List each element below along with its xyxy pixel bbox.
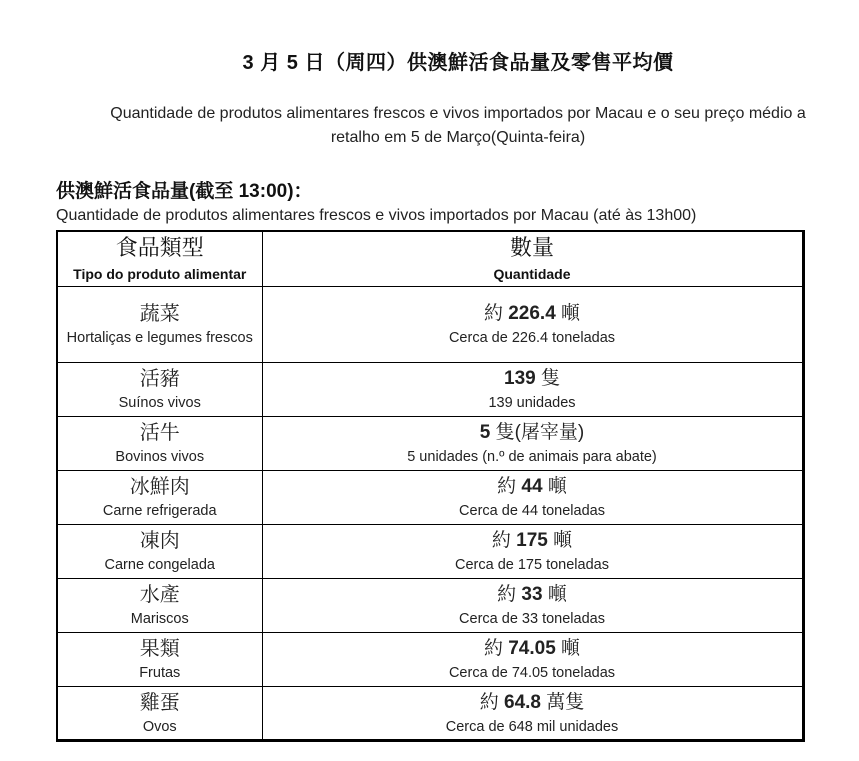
- quantity-zh: 139 隻: [265, 365, 800, 393]
- qty-unit: 噸: [548, 530, 572, 551]
- quantity-pt: Cerca de 44 toneladas: [265, 501, 800, 521]
- category-zh: 活牛: [60, 419, 260, 447]
- quantity-cell: 約 64.8 萬隻 Cerca de 648 mil unidades: [262, 686, 803, 740]
- section-heading: 供澳鮮活食品量(截至 13:00)：: [56, 176, 313, 203]
- qty-unit: 噸: [543, 584, 567, 605]
- quantity-cell: 約 226.4 噸 Cerca de 226.4 toneladas: [262, 286, 803, 362]
- table-row: 水產 Mariscos 約 33 噸 Cerca de 33 toneladas: [57, 578, 803, 632]
- quantity-zh: 約 44 噸: [265, 473, 800, 501]
- category-cell: 水產 Mariscos: [57, 578, 262, 632]
- qty-prefix: 約: [484, 303, 508, 324]
- qty-unit: 隻(屠宰量): [490, 422, 584, 443]
- table-row: 冰鮮肉 Carne refrigerada 約 44 噸 Cerca de 44…: [57, 470, 803, 524]
- header-quantity: 數量 Quantidade: [262, 231, 803, 286]
- quantity-cell: 約 175 噸 Cerca de 175 toneladas: [262, 524, 803, 578]
- qty-value: 139: [504, 368, 536, 389]
- category-cell: 活豬 Suínos vivos: [57, 362, 262, 416]
- document-subtitle: Quantidade de produtos alimentares fresc…: [100, 102, 816, 150]
- qty-unit: 噸: [543, 476, 567, 497]
- qty-prefix: 約: [492, 530, 516, 551]
- category-pt: Ovos: [60, 717, 260, 737]
- table-row: 果類 Frutas 約 74.05 噸 Cerca de 74.05 tonel…: [57, 632, 803, 686]
- category-pt: Mariscos: [60, 609, 260, 629]
- quantity-pt: 5 unidades (n.º de animais para abate): [265, 447, 800, 467]
- category-zh: 果類: [60, 635, 260, 663]
- qty-prefix: 約: [480, 692, 504, 713]
- category-pt: Suínos vivos: [60, 393, 260, 413]
- qty-value: 226.4: [508, 303, 556, 324]
- table-row: 凍肉 Carne congelada 約 175 噸 Cerca de 175 …: [57, 524, 803, 578]
- category-cell: 蔬菜 Hortaliças e legumes frescos: [57, 286, 262, 362]
- header-quantity-pt: Quantidade: [265, 263, 800, 285]
- category-pt: Frutas: [60, 663, 260, 683]
- qty-value: 175: [516, 530, 548, 551]
- quantity-zh: 約 74.05 噸: [265, 635, 800, 663]
- qty-value: 44: [521, 476, 542, 497]
- category-zh: 雞蛋: [60, 689, 260, 717]
- quantity-zh: 約 226.4 噸: [265, 300, 800, 328]
- quantity-pt: Cerca de 74.05 toneladas: [265, 663, 800, 683]
- qty-value: 5: [480, 422, 491, 443]
- quantity-zh: 約 175 噸: [265, 527, 800, 555]
- quantity-cell: 5 隻(屠宰量) 5 unidades (n.º de animais para…: [262, 416, 803, 470]
- qty-value: 33: [521, 584, 542, 605]
- document-title: 3 月 5 日（周四）供澳鮮活食品量及零售平均價: [0, 46, 859, 75]
- category-cell: 雞蛋 Ovos: [57, 686, 262, 740]
- food-quantity-table: 食品類型 Tipo do produto alimentar 數量 Quanti…: [56, 230, 805, 742]
- category-pt: Carne refrigerada: [60, 501, 260, 521]
- category-cell: 活牛 Bovinos vivos: [57, 416, 262, 470]
- quantity-pt: Cerca de 33 toneladas: [265, 609, 800, 629]
- qty-unit: 噸: [556, 303, 580, 324]
- qty-prefix: 約: [497, 584, 521, 605]
- table-header-row: 食品類型 Tipo do produto alimentar 數量 Quanti…: [57, 231, 803, 286]
- table-row: 蔬菜 Hortaliças e legumes frescos 約 226.4 …: [57, 286, 803, 362]
- qty-unit: 隻: [536, 368, 560, 389]
- section-subheading: Quantidade de produtos alimentares fresc…: [56, 207, 696, 225]
- quantity-pt: 139 unidades: [265, 393, 800, 413]
- category-zh: 水產: [60, 581, 260, 609]
- category-cell: 冰鮮肉 Carne refrigerada: [57, 470, 262, 524]
- qty-value: 64.8: [504, 692, 541, 713]
- quantity-cell: 約 33 噸 Cerca de 33 toneladas: [262, 578, 803, 632]
- quantity-pt: Cerca de 226.4 toneladas: [265, 328, 800, 348]
- category-pt: Hortaliças e legumes frescos: [60, 328, 260, 348]
- quantity-cell: 約 74.05 噸 Cerca de 74.05 toneladas: [262, 632, 803, 686]
- category-zh: 蔬菜: [60, 300, 260, 328]
- category-zh: 冰鮮肉: [60, 473, 260, 501]
- header-food-type: 食品類型 Tipo do produto alimentar: [57, 231, 262, 286]
- qty-value: 74.05: [508, 638, 556, 659]
- table-row: 活牛 Bovinos vivos 5 隻(屠宰量) 5 unidades (n.…: [57, 416, 803, 470]
- header-food-type-zh: 食品類型: [60, 233, 260, 263]
- quantity-cell: 約 44 噸 Cerca de 44 toneladas: [262, 470, 803, 524]
- category-pt: Bovinos vivos: [60, 447, 260, 467]
- quantity-zh: 約 64.8 萬隻: [265, 689, 800, 717]
- header-food-type-pt: Tipo do produto alimentar: [60, 263, 260, 285]
- quantity-pt: Cerca de 648 mil unidades: [265, 717, 800, 737]
- table-row: 活豬 Suínos vivos 139 隻 139 unidades: [57, 362, 803, 416]
- quantity-pt: Cerca de 175 toneladas: [265, 555, 800, 575]
- table-row: 雞蛋 Ovos 約 64.8 萬隻 Cerca de 648 mil unida…: [57, 686, 803, 740]
- quantity-zh: 約 33 噸: [265, 581, 800, 609]
- qty-unit: 萬隻: [541, 692, 584, 713]
- quantity-zh: 5 隻(屠宰量): [265, 419, 800, 447]
- qty-prefix: 約: [484, 638, 508, 659]
- qty-prefix: 約: [497, 476, 521, 497]
- category-zh: 凍肉: [60, 527, 260, 555]
- category-cell: 果類 Frutas: [57, 632, 262, 686]
- header-quantity-zh: 數量: [265, 233, 800, 263]
- category-cell: 凍肉 Carne congelada: [57, 524, 262, 578]
- category-zh: 活豬: [60, 365, 260, 393]
- category-pt: Carne congelada: [60, 555, 260, 575]
- quantity-cell: 139 隻 139 unidades: [262, 362, 803, 416]
- qty-unit: 噸: [556, 638, 580, 659]
